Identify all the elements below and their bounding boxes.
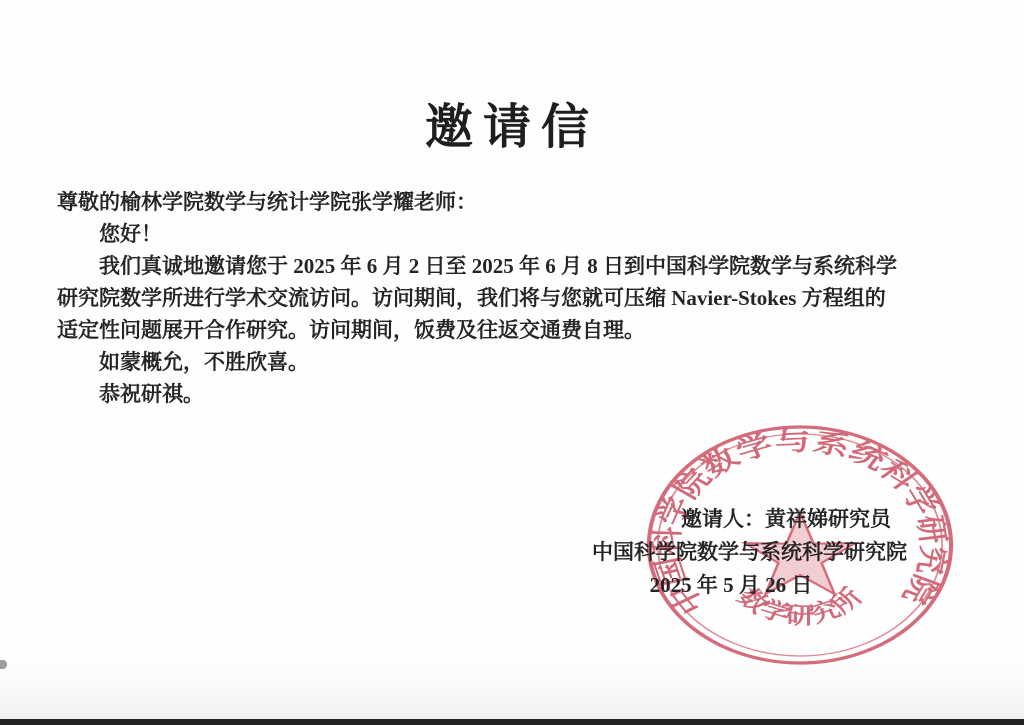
- letter-body: 尊敬的榆林学院数学与统计学院张学耀老师： 您好！ 我们真诚地邀请您于 2025 …: [57, 186, 972, 410]
- body-line: 研究院数学所进行学术交流访问。访问期间，我们将与您就可压缩 Navier-Sto…: [57, 282, 972, 314]
- salutation-line: 尊敬的榆林学院数学与统计学院张学耀老师：: [57, 186, 972, 218]
- inviter-name-line: 邀请人：黄祥娣研究员: [555, 503, 907, 536]
- letter-title: 邀请信: [0, 88, 1024, 157]
- greeting-line: 您好！: [57, 218, 972, 250]
- date-line: 2025 年 5 月 26 日: [555, 569, 907, 602]
- institute-line: 中国科学院数学与系统科学研究院: [555, 536, 907, 569]
- body-line: 适定性问题展开合作研究。访问期间，饭费及往返交通费自理。: [57, 314, 972, 346]
- signature-block: 邀请人：黄祥娣研究员 中国科学院数学与系统科学研究院 2025 年 5 月 26…: [555, 503, 907, 602]
- scan-bottom-edge: [0, 719, 1024, 725]
- scan-edge-speck: [0, 660, 7, 669]
- well-wishes-line: 恭祝研祺。: [57, 378, 972, 410]
- body-line: 我们真诚地邀请您于 2025 年 6 月 2 日至 2025 年 6 月 8 日…: [57, 250, 972, 282]
- closing-line: 如蒙概允，不胜欣喜。: [57, 346, 972, 378]
- scanned-letter-page: 中国科学院数学与系统科学研究院 数学研究所 邀请信 尊敬的榆林学院数学与统计学院…: [0, 0, 1024, 725]
